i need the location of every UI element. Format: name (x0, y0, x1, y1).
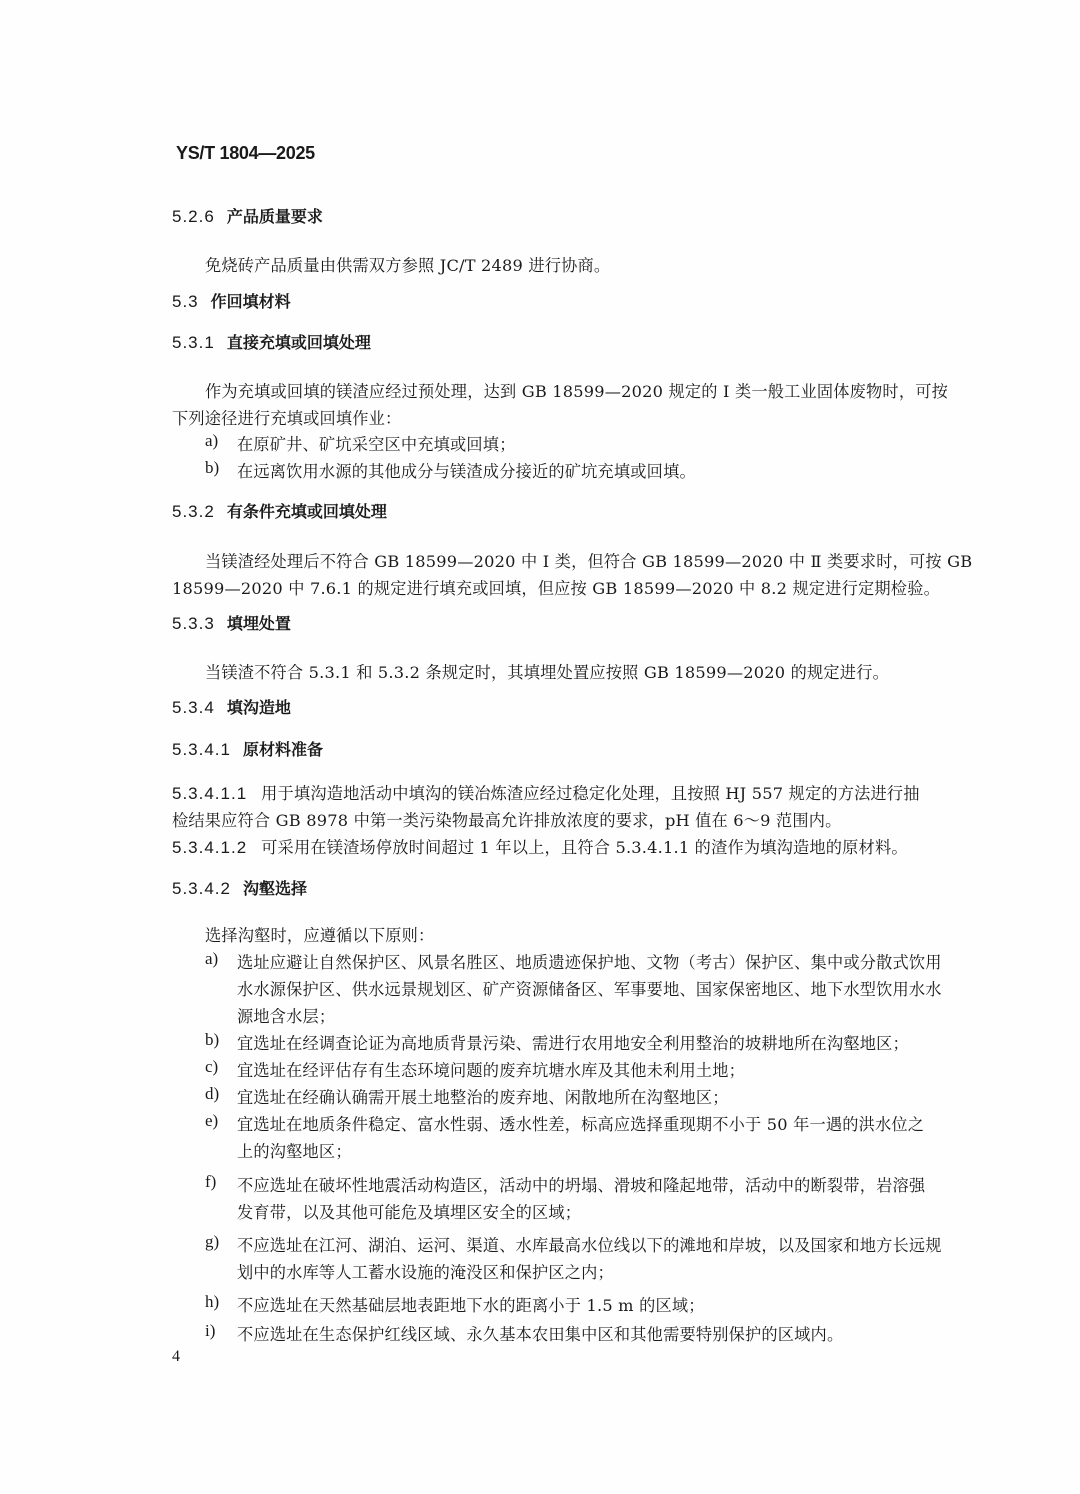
section-heading-5-3-2: 5.3.2有条件充填或回填处理 (172, 499, 387, 522)
list-item-text: 宜选址在经调查论证为高地质背景污染、需进行农用地安全利用整治的坡耕地所在沟壑地区… (237, 1030, 909, 1054)
section-number: 5.3 (172, 292, 199, 312)
list-item-label: e) (205, 1111, 218, 1131)
list-item-label: h) (205, 1292, 219, 1312)
list-item-text: 不应选址在天然基础层地表距地下水的距离小于 1.5 m 的区域； (237, 1292, 705, 1316)
list-item-label: c) (205, 1057, 218, 1077)
section-heading-5-2-6: 5.2.6产品质量要求 (172, 204, 323, 227)
section-heading-5-3-4: 5.3.4填沟造地 (172, 695, 291, 718)
paragraph-5-3-1-line2: 下列途径进行充填或回填作业： (172, 405, 401, 429)
clause-5-3-4-1-1: 5.3.4.1.1用于填沟造地活动中填沟的镁冶炼渣应经过稳定化处理，且按照 HJ… (172, 780, 920, 804)
list-item-label: b) (205, 458, 219, 478)
section-title: 产品质量要求 (227, 207, 323, 226)
section-number: 5.3.3 (172, 614, 215, 634)
section-heading-5-3-1: 5.3.1直接充填或回填处理 (172, 330, 371, 353)
list-item-label: i) (205, 1321, 215, 1341)
paragraph-5-3-1-line1: 作为充填或回填的镁渣应经过预处理，达到 GB 18599—2020 规定的 Ⅰ … (205, 378, 948, 402)
section-heading-5-3-3: 5.3.3填埋处置 (172, 611, 291, 634)
clause-5-3-4-1-1-line2: 检结果应符合 GB 8978 中第一类污染物最高允许排放浓度的要求，pH 值在 … (172, 807, 842, 831)
section-title: 原材料准备 (243, 740, 323, 759)
section-title: 沟壑选择 (243, 879, 307, 898)
paragraph-5-3-4-2-intro: 选择沟壑时，应遵循以下原则： (205, 922, 434, 946)
section-title: 直接充填或回填处理 (227, 333, 371, 352)
list-item-text: 宜选址在经确认确需开展土地整治的废弃地、闲散地所在沟壑地区； (237, 1084, 729, 1108)
list-item-text: 宜选址在地质条件稳定、富水性弱、透水性差，标高应选择重现期不小于 50 年一遇的… (237, 1111, 924, 1135)
list-item-text: 在原矿井、矿坑采空区中充填或回填； (237, 431, 516, 455)
clause-text-line1: 用于填沟造地活动中填沟的镁冶炼渣应经过稳定化处理，且按照 HJ 557 规定的方… (261, 784, 920, 803)
list-item-text: 上的沟壑地区； (237, 1138, 352, 1162)
section-title: 填埋处置 (227, 614, 291, 633)
document-page: YS/T 1804—2025 5.2.6产品质量要求 免烧砖产品质量由供需双方参… (0, 0, 1080, 1494)
list-item-label: a) (205, 949, 218, 969)
section-number: 5.3.4.2 (172, 879, 231, 899)
list-item-text: 不应选址在破坏性地震活动构造区，活动中的坍塌、滑坡和隆起地带，活动中的断裂带，岩… (237, 1172, 925, 1196)
list-item-text: 发育带，以及其他可能危及填埋区安全的区域； (237, 1199, 581, 1223)
list-item-text: 选址应避让自然保护区、风景名胜区、地质遗迹保护地、文物（考古）保护区、集中或分散… (237, 949, 942, 973)
clause-number: 5.3.4.1.2 (172, 838, 247, 857)
clause-number: 5.3.4.1.1 (172, 784, 247, 803)
section-title: 作回填材料 (211, 292, 291, 311)
section-number: 5.3.4.1 (172, 740, 231, 760)
paragraph-5-3-2-line1: 当镁渣经处理后不符合 GB 18599—2020 中 Ⅰ 类，但符合 GB 18… (205, 548, 972, 572)
list-item-label: f) (205, 1172, 216, 1192)
clause-5-3-4-1-2: 5.3.4.1.2可采用在镁渣场停放时间超过 1 年以上，且符合 5.3.4.1… (172, 834, 908, 858)
standard-code-header: YS/T 1804—2025 (176, 143, 315, 164)
section-number: 5.3.4 (172, 698, 215, 718)
section-heading-5-3-4-2: 5.3.4.2沟壑选择 (172, 876, 307, 899)
section-heading-5-3: 5.3作回填材料 (172, 289, 291, 312)
section-heading-5-3-4-1: 5.3.4.1原材料准备 (172, 737, 323, 760)
paragraph-5-3-3: 当镁渣不符合 5.3.1 和 5.3.2 条规定时，其填埋处置应按照 GB 18… (205, 659, 889, 683)
paragraph-5-3-2-line2: 18599—2020 中 7.6.1 的规定进行填充或回填，但应按 GB 185… (172, 575, 940, 599)
section-number: 5.3.2 (172, 502, 215, 522)
section-title: 有条件充填或回填处理 (227, 502, 387, 521)
list-item-text: 不应选址在江河、湖泊、运河、渠道、水库最高水位线以下的滩地和岸坡，以及国家和地方… (237, 1232, 942, 1256)
list-item-label: a) (205, 431, 218, 451)
clause-text-line1: 可采用在镁渣场停放时间超过 1 年以上，且符合 5.3.4.1.1 的渣作为填沟… (261, 838, 908, 857)
section-title: 填沟造地 (227, 698, 291, 717)
list-item-text: 源地含水层； (237, 1003, 335, 1027)
list-item-text: 不应选址在生态保护红线区域、永久基本农田集中区和其他需要特别保护的区域内。 (237, 1321, 843, 1345)
list-item-label: d) (205, 1084, 219, 1104)
list-item-label: b) (205, 1030, 219, 1050)
section-number: 5.2.6 (172, 207, 215, 227)
list-item-text: 水水源保护区、供水远景规划区、矿产资源储备区、军事要地、国家保密地区、地下水型饮… (237, 976, 942, 1000)
section-number: 5.3.1 (172, 333, 215, 353)
list-item-text: 在远离饮用水源的其他成分与镁渣成分接近的矿坑充填或回填。 (237, 458, 696, 482)
list-item-text: 划中的水库等人工蓄水设施的淹没区和保护区之内； (237, 1259, 614, 1283)
list-item-label: g) (205, 1232, 219, 1252)
list-item-text: 宜选址在经评估存有生态环境问题的废弃坑塘水库及其他未利用土地； (237, 1057, 745, 1081)
page-number: 4 (172, 1348, 180, 1366)
paragraph-5-2-6: 免烧砖产品质量由供需双方参照 JC/T 2489 进行协商。 (205, 252, 610, 276)
